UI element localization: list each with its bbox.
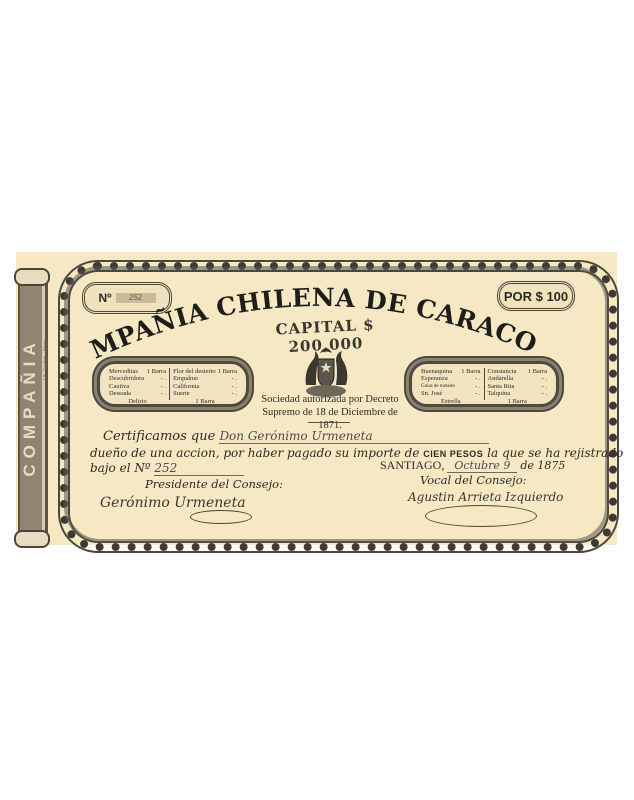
certify-line: Certificamos que Don Gerónimo Urmeneta <box>103 429 489 444</box>
signature-flourish <box>190 510 252 524</box>
mines-list-left: Merceditas1 Barra Descubridora- . Cautiv… <box>97 361 249 407</box>
city: SANTIAGO, <box>380 458 444 472</box>
mine-name: Descubridora <box>109 375 144 382</box>
mine-bars: - . <box>473 375 480 382</box>
date-handwritten: Octubre 9 <box>447 459 517 473</box>
body-text: dueño de una accion, por haber pagado su… <box>90 446 419 460</box>
vocal-label: Vocal del Consejo: <box>420 473 527 487</box>
mine-bars: 1 Barra <box>145 368 166 375</box>
holder-name: Don Gerónimo Urmeneta <box>219 429 489 444</box>
coat-of-arms-icon <box>296 345 356 399</box>
mine-bars: - . <box>159 390 166 397</box>
register-label: bajo el Nº <box>90 461 151 475</box>
mine-name: Deseada <box>109 390 131 397</box>
mine-bars: - . <box>540 383 547 390</box>
mine-bars: - . <box>230 383 237 390</box>
date-line: SANTIAGO, Octubre 9 de 1875 <box>380 458 565 473</box>
signature-flourish <box>425 505 537 527</box>
mine-bars: - . <box>473 390 480 397</box>
mine-name: Andarella <box>488 375 514 382</box>
mine-name: Cautiva <box>109 383 129 390</box>
mine-bars: 1 Barra <box>216 368 237 375</box>
mine-name: Santa Rita <box>488 383 515 390</box>
mine-name: Esperanza <box>421 375 448 382</box>
certificate-stub: COMPAÑIA <box>18 272 45 540</box>
certify-label: Certificamos que <box>103 429 215 444</box>
mine-name: Buenaquina <box>421 368 452 375</box>
mines-right-col1: Buenaquina1 Barra Esperanza- . Guias de … <box>418 368 484 400</box>
stub-printer-mark: Lit. Cadot - Stgo <box>43 340 49 380</box>
date-year: de 1875 <box>520 459 565 472</box>
mine-bars: - . <box>230 390 237 397</box>
mine-bars: 1 Barra <box>526 368 547 375</box>
mine-name: California <box>173 383 199 390</box>
stub-knot-bottom-ornament <box>14 530 50 548</box>
register-number: 252 <box>154 461 244 476</box>
mine-name: Suerte <box>173 390 190 397</box>
mine-name: Sn. José <box>421 390 442 397</box>
stub-text: COMPAÑIA <box>20 277 40 537</box>
mine-name: Talquina <box>488 390 511 397</box>
mine-name: Merceditas <box>109 368 138 375</box>
mine-bars: - . <box>540 375 547 382</box>
decree-line-1: Sociedad autorizada por Decreto <box>255 393 405 406</box>
mines-list-right: Buenaquina1 Barra Esperanza- . Guias de … <box>409 361 559 407</box>
decree-text: Sociedad autorizada por Decreto Supremo … <box>255 393 405 432</box>
president-label: Presidente del Consejo: <box>145 477 283 491</box>
mine-name: Empalme <box>173 375 198 382</box>
stub-knot-top-ornament <box>14 268 50 286</box>
mine-bars: 1 Barra <box>195 398 214 405</box>
mine-bars: - . <box>159 383 166 390</box>
mines-right-col2: Constancia1 Barra Andarella- . Santa Rit… <box>484 368 551 400</box>
vocal-signature: Agustin Arrieta Izquierdo <box>408 490 563 504</box>
mine-bars: 1 Barra <box>459 368 480 375</box>
mine-name: Delirio <box>128 398 146 405</box>
mine-name: Constancia <box>488 368 517 375</box>
mines-left-col1: Merceditas1 Barra Descubridora- . Cautiv… <box>106 368 169 400</box>
president-signature: Gerónimo Urmeneta <box>100 495 246 511</box>
mine-bars: 1 Barra <box>508 398 527 405</box>
mine-name: Flor del desierto <box>173 368 216 375</box>
mines-left-col2: Flor del desierto1 Barra Empalme- . Cali… <box>169 368 240 400</box>
register-line: bajo el Nº 252 <box>90 461 244 476</box>
mine-bars: - . <box>473 383 480 390</box>
mine-name: Guias de metales <box>421 383 455 390</box>
mine-bars: - . <box>159 375 166 382</box>
mine-bars: - . <box>540 390 547 397</box>
mine-name: Estrella <box>441 398 461 405</box>
mine-bars: - . <box>230 375 237 382</box>
divider <box>308 422 350 423</box>
